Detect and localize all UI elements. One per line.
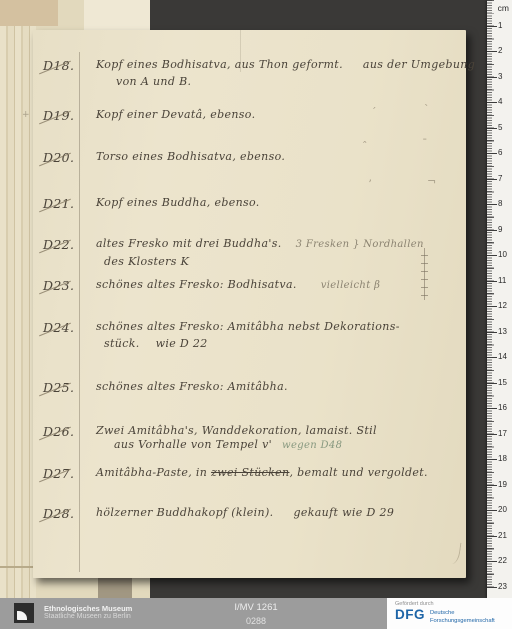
ruler-cm-tick: 11 xyxy=(487,281,497,282)
dfg-abbr: DFG xyxy=(395,608,425,622)
ruler-number: 17 xyxy=(498,429,507,438)
entry-text: schönes altes Fresko: Amitâbha nebst Dek… xyxy=(83,318,462,352)
entry-tail: aus der Umgebung xyxy=(363,58,475,71)
pencil-annotation: wegen D48 xyxy=(282,440,342,451)
ruler-number: 10 xyxy=(498,250,507,259)
ruler-number: 16 xyxy=(498,403,507,412)
entry-number: D26. xyxy=(39,422,83,441)
entry-line: , bemalt und vergoldet. xyxy=(289,466,427,479)
ruler-number: 21 xyxy=(498,531,507,540)
archive-footer-bar: Ethnologisches Museum Staatliche Museen … xyxy=(0,598,512,629)
ruler-cm-tick: 20 xyxy=(487,510,497,511)
dfg-logo: Gefördert durch DFG Deutsche Forschungsg… xyxy=(387,598,512,629)
entry-number: D28. xyxy=(39,504,83,523)
ruler-number: 5 xyxy=(498,123,502,132)
entry-line: Zwei Amitâbha's, Wanddekoration, lamaist… xyxy=(96,424,377,437)
entry-line: von A und B. xyxy=(116,75,191,88)
entry-text: Kopf eines Buddha, ebenso. xyxy=(83,194,462,211)
ruler-number: 2 xyxy=(498,46,502,55)
ruler-cm-tick: 9 xyxy=(487,230,497,231)
ruler-cm-tick: 6 xyxy=(487,153,497,154)
ruler-cm-tick: 22 xyxy=(487,561,497,562)
entry-line: aus Vorhalle von Tempel v' xyxy=(114,438,272,451)
ruler-cm-tick: 1 xyxy=(487,26,497,27)
ruler-number: 8 xyxy=(498,199,502,208)
underpage-top-edge xyxy=(84,0,150,30)
ruler-number: 22 xyxy=(498,556,507,565)
pencil-tick: ˋ xyxy=(424,103,430,116)
ruler-cm-tick: 2 xyxy=(487,51,497,52)
pencil-annotation: 3 Fresken } Nordhallen xyxy=(296,239,424,250)
entry-row: D20. Torso eines Bodhisatva, ebenso. xyxy=(39,148,462,167)
ruler-cm-tick: 23 xyxy=(487,587,497,588)
entry-line: Torso eines Bodhisatva, ebenso. xyxy=(96,150,285,163)
ruler-number: 13 xyxy=(498,327,507,336)
entry-text: Kopf eines Bodhisatva, aus Thon geformt.… xyxy=(83,56,475,90)
ruler-number: 19 xyxy=(498,480,507,489)
entry-row: D24. schönes altes Fresko: Amitâbha nebs… xyxy=(39,318,462,352)
entry-line: altes Fresko mit drei Buddha's. xyxy=(96,237,282,250)
ruler-cm-tick: 16 xyxy=(487,408,497,409)
entry-text: Amitâbha-Paste, in zwei Stücken, bemalt … xyxy=(83,464,462,481)
entry-line: Kopf eines Buddha, ebenso. xyxy=(96,196,260,209)
ruler-number: 18 xyxy=(498,454,507,463)
entry-number: D24. xyxy=(39,318,83,337)
entry-row: D19. Kopf einer Devatâ, ebenso. xyxy=(39,106,462,125)
stacked-page-edges xyxy=(0,0,36,598)
entry-text: Torso eines Bodhisatva, ebenso. xyxy=(83,148,462,165)
dfg-full-name: Deutsche Forschungsgemeinschaft xyxy=(430,610,495,625)
ruler-number: 1 xyxy=(498,21,502,30)
ruler-cm-tick: 12 xyxy=(487,306,497,307)
ruler-cm-tick: 4 xyxy=(487,102,497,103)
entry-line: schönes altes Fresko: Bodhisatva. xyxy=(96,278,297,291)
entry-row: D21. Kopf eines Buddha, ebenso. xyxy=(39,194,462,213)
scanned-document-view: D18. Kopf eines Bodhisatva, aus Thon gef… xyxy=(0,0,512,629)
pencil-tick: ˉ xyxy=(422,137,428,150)
pencil-tick: ˆ xyxy=(362,140,368,153)
entry-number: D20. xyxy=(39,148,83,167)
entry-line: schönes altes Fresko: Amitâbha. xyxy=(96,380,288,393)
entry-text: Zwei Amitâbha's, Wanddekoration, lamaist… xyxy=(83,422,462,454)
manuscript-page: D18. Kopf eines Bodhisatva, aus Thon gef… xyxy=(33,30,466,578)
ruler-cm-tick: 7 xyxy=(487,179,497,180)
entry-number: D19. xyxy=(39,106,83,125)
entry-line: schönes altes Fresko: Amitâbha nebst Dek… xyxy=(96,320,400,333)
entry-line: Amitâbha-Paste, in xyxy=(96,466,211,479)
entry-text: Kopf einer Devatâ, ebenso. xyxy=(83,106,462,123)
ruler-number: 4 xyxy=(498,97,502,106)
entry-text: schönes altes Fresko: Bodhisatva.viellei… xyxy=(83,276,462,294)
ruler-cm-tick: 19 xyxy=(487,485,497,486)
entry-number: D21. xyxy=(39,194,83,213)
dfg-name-line1: Deutsche xyxy=(430,610,455,616)
pencil-tick: + xyxy=(22,110,30,120)
ruler-cm-tick: 8 xyxy=(487,204,497,205)
pencil-tick: ʼ xyxy=(368,178,372,191)
entry-row: D25. schönes altes Fresko: Amitâbha. xyxy=(39,378,462,397)
entry-text: altes Fresko mit drei Buddha's.3 Fresken… xyxy=(83,235,462,270)
entry-line: hölzerner Buddhakopf (klein). xyxy=(96,506,273,519)
entry-number: D22. xyxy=(39,235,83,254)
ruler-cm-tick: 18 xyxy=(487,459,497,460)
ruler-number: 6 xyxy=(498,148,502,157)
margin-rule-line xyxy=(79,52,80,572)
entry-text: hölzerner Buddhakopf (klein).gekauft wie… xyxy=(83,504,462,521)
ruler: cm 1234567891011121314151617181920212223 xyxy=(487,0,512,598)
ruler-number: 11 xyxy=(498,276,506,285)
entry-number: D18. xyxy=(39,56,83,75)
entry-row: D26. Zwei Amitâbha's, Wanddekoration, la… xyxy=(39,422,462,454)
ruler-cm-tick: 13 xyxy=(487,332,497,333)
entry-row: D22. altes Fresko mit drei Buddha's.3 Fr… xyxy=(39,235,462,270)
entry-line: des Klosters K xyxy=(104,255,189,268)
ruler-unit-label: cm xyxy=(498,3,509,13)
ruler-cm-tick: 17 xyxy=(487,434,497,435)
ruler-number: 14 xyxy=(498,352,507,361)
pencil-mark xyxy=(448,541,462,564)
ruler-cm-tick: 5 xyxy=(487,128,497,129)
ruler-number: 3 xyxy=(498,72,502,81)
entry-line: stück. xyxy=(104,337,140,350)
dfg-name-line2: Forschungsgemeinschaft xyxy=(430,618,495,624)
entry-tail: gekauft wie D 29 xyxy=(293,506,394,519)
pencil-brace-marks xyxy=(421,248,428,300)
entry-line: Kopf eines Bodhisatva, aus Thon geformt. xyxy=(96,58,343,71)
entry-row: D18. Kopf eines Bodhisatva, aus Thon gef… xyxy=(39,56,462,90)
ruler-number: 20 xyxy=(498,505,507,514)
entry-row: D23. schönes altes Fresko: Bodhisatva.vi… xyxy=(39,276,462,295)
entry-line: Kopf einer Devatâ, ebenso. xyxy=(96,108,255,121)
ruler-number: 23 xyxy=(498,582,507,591)
pencil-tick: ¬ xyxy=(427,175,436,188)
entry-row: D27. Amitâbha-Paste, in zwei Stücken, be… xyxy=(39,464,462,483)
ruler-number: 7 xyxy=(498,174,502,183)
ruler-cm-tick: 10 xyxy=(487,255,497,256)
ruler-number: 9 xyxy=(498,225,502,234)
ruler-number: 15 xyxy=(498,378,507,387)
entry-tail: wie D 22 xyxy=(156,337,208,350)
entry-number: D27. xyxy=(39,464,83,483)
ruler-cm-tick: 3 xyxy=(487,77,497,78)
pencil-annotation: vielleicht β xyxy=(321,280,381,291)
entry-text: schönes altes Fresko: Amitâbha. xyxy=(83,378,462,395)
ruler-cm-tick: 15 xyxy=(487,383,497,384)
entry-number: D23. xyxy=(39,276,83,295)
cover-corner xyxy=(0,0,58,26)
ruler-cm-tick: 14 xyxy=(487,357,497,358)
entry-struck-text: zwei Stücken xyxy=(211,466,289,479)
entry-row: D28. hölzerner Buddhakopf (klein).gekauf… xyxy=(39,504,462,523)
dfg-logo-row: DFG Deutsche Forschungsgemeinschaft xyxy=(395,608,512,625)
pencil-tick: ˊ xyxy=(371,106,377,119)
entry-number: D25. xyxy=(39,378,83,397)
ruler-cm-tick: 21 xyxy=(487,536,497,537)
ruler-number: 12 xyxy=(498,301,507,310)
